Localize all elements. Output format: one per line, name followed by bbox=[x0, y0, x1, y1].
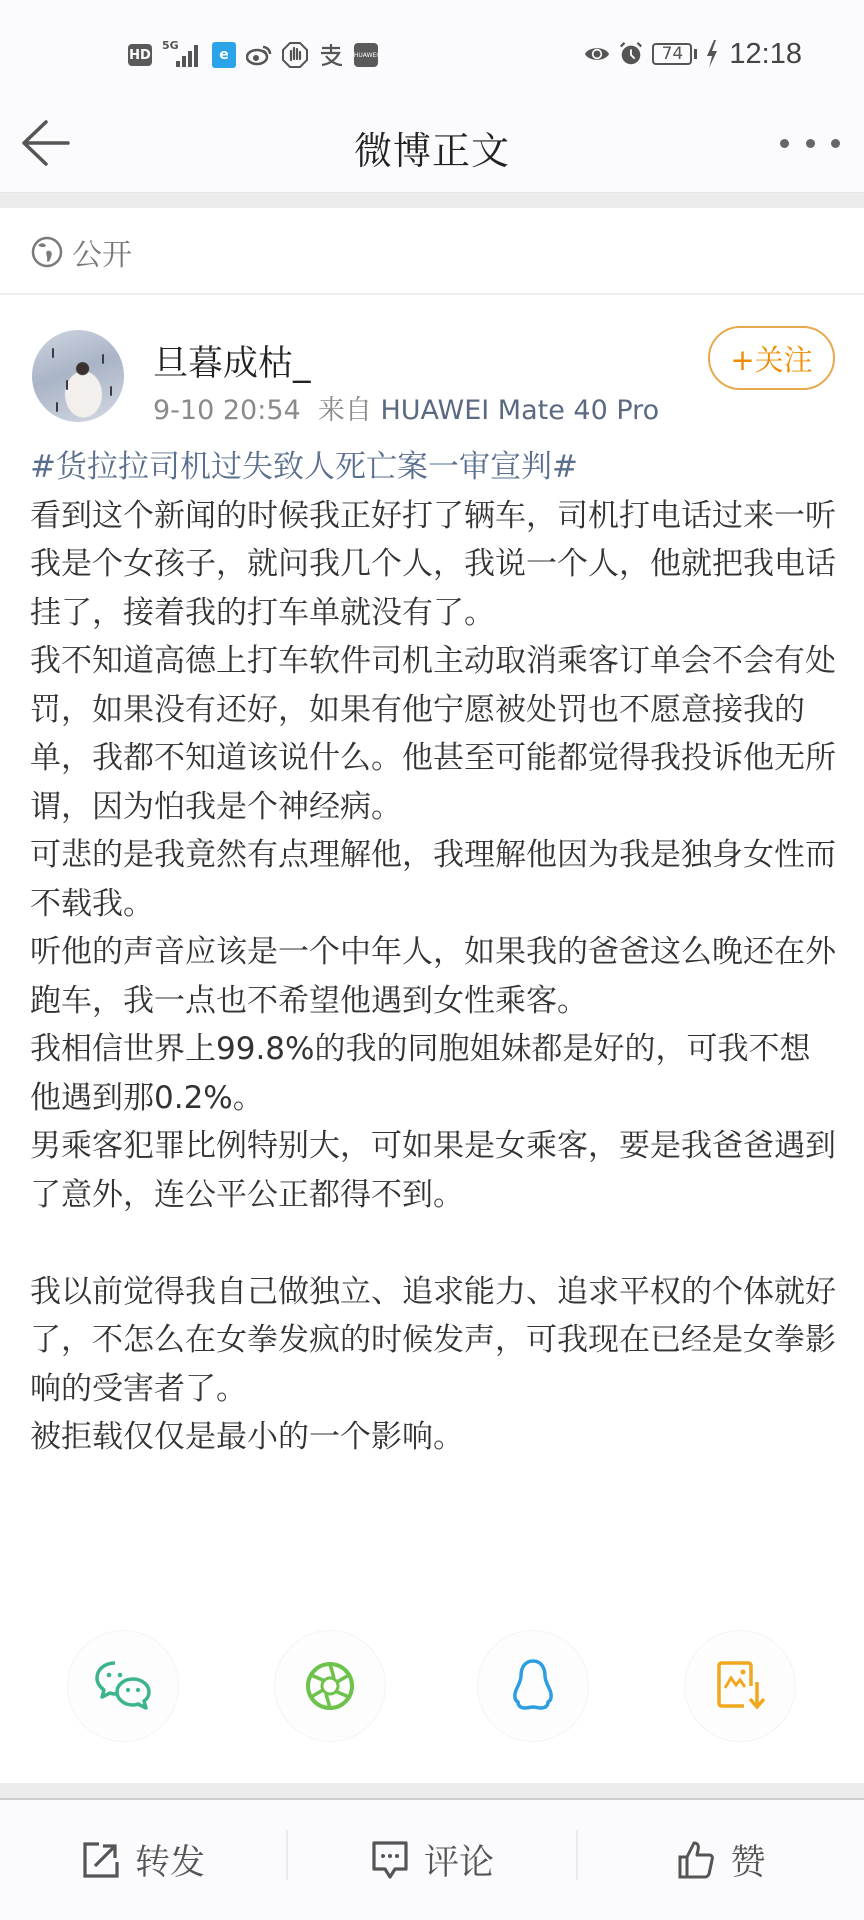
post-paragraph: 男乘客犯罪比例特别大，可如果是女乘客，要是我爸爸遇到了意外，连公平公正都得不到。 bbox=[30, 1122, 840, 1219]
status-right-icons: 74 12:18 bbox=[584, 36, 802, 72]
visibility-label: 公开 bbox=[72, 230, 132, 274]
share-row bbox=[0, 1630, 864, 1750]
more-dot bbox=[806, 139, 815, 148]
avatar-detail bbox=[66, 380, 68, 390]
post-paragraph: 我不知道高德上打车软件司机主动取消乘客订单会不会有处罚，如果没有还好，如果有他宁… bbox=[30, 637, 840, 831]
more-button[interactable] bbox=[780, 130, 840, 156]
eye-comfort-icon bbox=[584, 41, 610, 67]
clock: 12:18 bbox=[729, 38, 802, 71]
avatar-detail bbox=[52, 348, 54, 358]
post-paragraph: 被拒载仅仅是最小的一个影响。 bbox=[30, 1413, 840, 1462]
post-paragraph: 我以前觉得我自己做独立、追求能力、追求平权的个体就好了，不怎么在女拳发疯的时候发… bbox=[30, 1268, 840, 1414]
qq-penguin-icon bbox=[511, 1658, 555, 1714]
action-bar: 转发 评论 赞 bbox=[0, 1800, 864, 1920]
wechat-icon bbox=[93, 1659, 153, 1713]
post-paragraph: 我相信世界上99.8%的我的同胞姐妹都是好的，可我不想他遇到那0.2%。 bbox=[30, 1025, 840, 1122]
save-image-icon bbox=[714, 1658, 766, 1714]
like-button[interactable]: 赞 bbox=[578, 1800, 864, 1920]
network-type-label: 5G bbox=[162, 39, 179, 52]
section-divider bbox=[0, 1783, 864, 1800]
post-blank-line bbox=[30, 1219, 840, 1268]
section-divider bbox=[0, 192, 864, 208]
avatar-detail bbox=[102, 354, 104, 364]
charging-icon bbox=[705, 41, 719, 67]
share-wechat-button[interactable] bbox=[67, 1630, 179, 1742]
repost-icon bbox=[81, 1840, 121, 1880]
source-device: HUAWEI Mate 40 Pro bbox=[380, 395, 659, 426]
save-image-button[interactable] bbox=[684, 1630, 796, 1742]
alarm-icon bbox=[618, 41, 644, 67]
post-time: 9-10 20:54 bbox=[153, 395, 301, 426]
battery-tip bbox=[694, 49, 697, 59]
hashtag-link[interactable]: #货拉拉司机过失致人死亡案一审宣判# bbox=[30, 443, 840, 492]
source-prefix: 来自 bbox=[318, 395, 372, 426]
like-label: 赞 bbox=[730, 1835, 765, 1885]
repost-label: 转发 bbox=[135, 1835, 205, 1885]
status-bar: HD 5G e HUAWEI 74 12 bbox=[0, 0, 864, 100]
comment-label: 评论 bbox=[424, 1835, 494, 1885]
post-meta: 9-10 20:54 来自 HUAWEI Mate 40 Pro bbox=[153, 388, 659, 427]
hd-icon: HD bbox=[128, 44, 152, 66]
comment-icon bbox=[370, 1839, 410, 1881]
post-paragraph: 听他的声音应该是一个中年人，如果我的爸爸这么晚还在外跑车，我一点也不希望他遇到女… bbox=[30, 928, 840, 1025]
share-qq-button[interactable] bbox=[477, 1630, 589, 1742]
avatar[interactable] bbox=[32, 330, 124, 422]
hand-block-icon bbox=[282, 42, 308, 68]
post-paragraph: 可悲的是我竟然有点理解他，我理解他因为我是独身女性而不载我。 bbox=[30, 831, 840, 928]
app-notification-icon: e bbox=[212, 42, 236, 68]
battery-icon: 74 bbox=[652, 43, 692, 65]
moments-aperture-icon bbox=[304, 1660, 356, 1712]
globe-icon bbox=[31, 236, 63, 268]
huawei-store-icon: HUAWEI bbox=[354, 43, 378, 67]
post-header: 旦暮成枯_ 9-10 20:54 来自 HUAWEI Mate 40 Pro +… bbox=[0, 300, 864, 430]
weibo-icon bbox=[246, 42, 272, 68]
thumbs-up-icon bbox=[676, 1839, 716, 1881]
5g-signal-icon: 5G bbox=[162, 43, 202, 67]
battery-level: 74 bbox=[662, 44, 684, 64]
follow-button[interactable]: +关注 bbox=[708, 326, 835, 390]
author-name[interactable]: 旦暮成枯_ bbox=[153, 336, 311, 386]
nav-bar: 微博正文 bbox=[0, 100, 864, 192]
more-dot bbox=[831, 139, 840, 148]
share-moments-button[interactable] bbox=[274, 1630, 386, 1742]
comment-button[interactable]: 评论 bbox=[288, 1800, 576, 1920]
status-left-icons: HD 5G e HUAWEI bbox=[128, 40, 378, 70]
post-body: #货拉拉司机过失致人死亡案一审宣判# 看到这个新闻的时候我正好打了辆车，司机打电… bbox=[30, 443, 840, 1462]
visibility-row: 公开 bbox=[0, 208, 864, 295]
post-paragraph: 看到这个新闻的时候我正好打了辆车，司机打电话过来一听我是个女孩子，就问我几个人，… bbox=[30, 492, 840, 638]
more-dots-icon bbox=[780, 139, 789, 148]
page-title: 微博正文 bbox=[0, 120, 864, 175]
avatar-detail bbox=[56, 402, 58, 412]
avatar-detail bbox=[110, 386, 112, 396]
repost-button[interactable]: 转发 bbox=[0, 1800, 286, 1920]
alipay-icon bbox=[318, 42, 344, 68]
